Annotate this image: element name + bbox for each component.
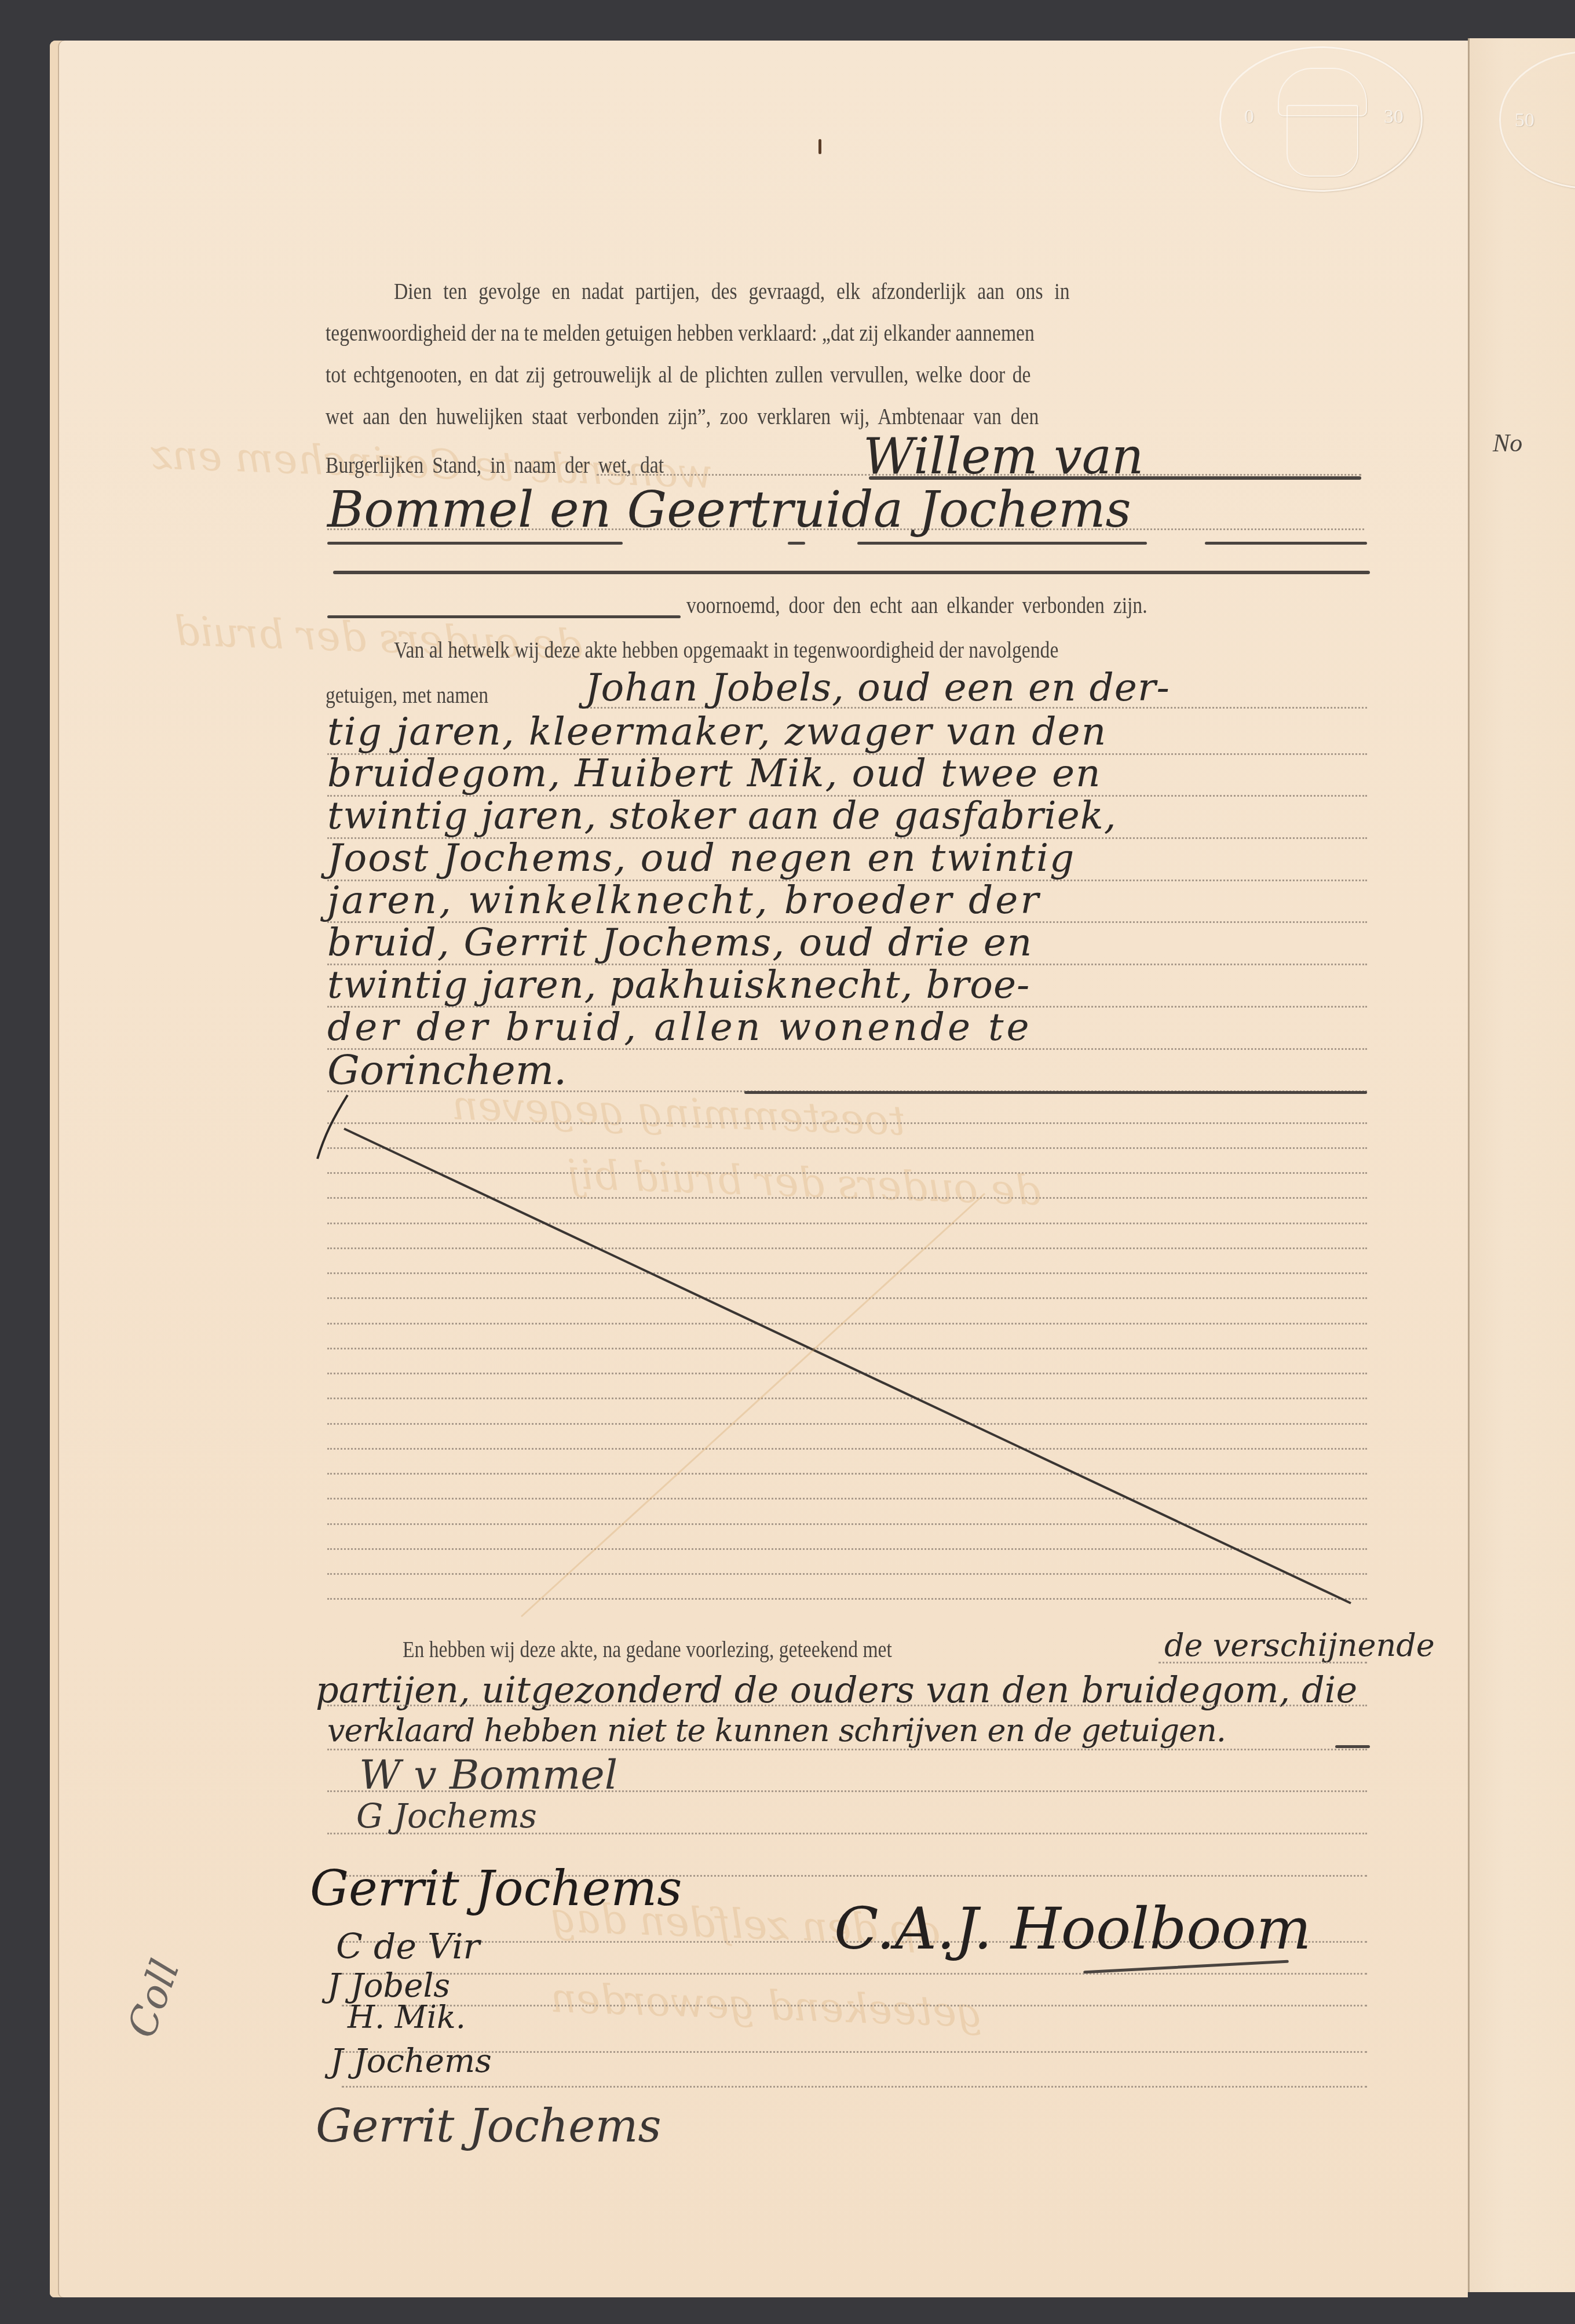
fill-line [327,1272,1367,1274]
printed-line: Dien ten gevolge en nadat partijen, des … [394,277,1070,305]
fill-line [327,1705,1367,1706]
witness-text-line: bruidegom, Huibert Mik, oud twee en [327,751,1102,796]
fill-line [327,1147,1367,1149]
printed-line: Van al hetwelk wij deze akte hebben opge… [394,636,1058,663]
underline-rule [788,542,805,545]
underline-rule [1205,542,1367,545]
fill-line [327,1523,1367,1525]
signature-registrar: C.A.J. Hoolboom [834,1895,1311,1962]
closing-rule [1335,1745,1370,1748]
fill-line [327,1223,1367,1224]
signature-line [342,2051,1367,2053]
fill-line [327,1197,1367,1199]
printed-line: tot echtgenooten, en dat zij getrouwelij… [326,360,1030,388]
signature-witness: Gerrit Jochems [310,1860,682,1917]
fill-line [327,1172,1367,1174]
handwritten-couple-names: Bommel en Geertruida Jochems [327,481,1131,539]
fill-line [327,1373,1367,1374]
witness-text-line: der der bruid, allen wonende te [327,1005,1032,1049]
signature-witness: Gerrit Jochems [316,2100,661,2152]
ink-speck [818,139,821,154]
witness-text-line: tig jaren, kleermaker, zwager van den [327,709,1107,754]
shield-emboss-icon [1287,105,1358,177]
seal-right-number: 30 [1384,106,1404,128]
signing-text-line: de verschijnende [1164,1627,1435,1663]
underline-rule [857,542,1147,545]
fill-line [327,1297,1367,1299]
fill-line [327,1423,1367,1425]
signature-groom: W v Bommel [359,1751,617,1798]
seal-number: 50 [1515,110,1534,132]
fill-line [327,1323,1367,1325]
printed-line: tegenwoordigheid der na te melden getuig… [326,319,1035,346]
printed-line: En hebben wij deze akte, na gedane voorl… [403,1635,892,1663]
fill-line [327,1498,1367,1500]
fill-line [327,1348,1367,1349]
underline-rule [333,571,1370,574]
closing-rule [744,1091,1367,1094]
witness-text-line: Johan Jobels, oud een en der- [585,665,1170,710]
fill-line [327,1247,1367,1249]
signature-line [342,1973,1367,1975]
blank-rule [327,615,681,618]
printed-line: wet aan den huwelijken staat verbonden z… [326,402,1039,430]
fill-line [327,1548,1367,1550]
seal-left-number: 0 [1244,106,1254,128]
witness-text-line: Joost Jochems, oud negen en twintig [327,836,1075,880]
fill-line [327,1448,1367,1450]
embossed-seal-left: 0 30 [1219,46,1423,192]
fill-line [327,1398,1367,1399]
adjacent-page-edge: No [1468,38,1575,2292]
fill-line [1159,1662,1367,1663]
signature-line [342,2005,1367,2006]
signature-witness: C de Vir [336,1927,480,1967]
adjacent-page-fragment: No [1493,428,1522,458]
fill-line [327,1573,1367,1575]
signing-text-line: verklaard hebben niet te kunnen schrijve… [327,1712,1226,1749]
signature-witness: H. Mik. [348,1999,466,2035]
signature-witness: J Jochems [330,2042,492,2080]
fill-line [327,1473,1367,1475]
signature-line [342,2086,1367,2088]
witness-text-line: twintig jaren, stoker aan de gasfabriek, [327,793,1117,838]
witness-text-line: twintig jaren, pakhuisknecht, broe- [327,962,1030,1007]
witness-text-line: jaren, winkelknecht, broeder der [327,878,1041,922]
fill-line [327,1122,1367,1124]
printed-line: voornoemd, door den echt aan elkander ve… [686,591,1148,619]
signature-bride: G Jochems [356,1796,537,1836]
witness-text-line: bruid, Gerrit Jochems, oud drie en [327,920,1033,965]
fill-line [327,1749,1367,1750]
printed-line: getuigen, met namen [326,681,488,709]
witness-text-line: Gorinchem. [327,1046,567,1094]
underline-rule [327,542,623,545]
underline-rule [869,476,1361,480]
fill-line [327,1598,1367,1600]
